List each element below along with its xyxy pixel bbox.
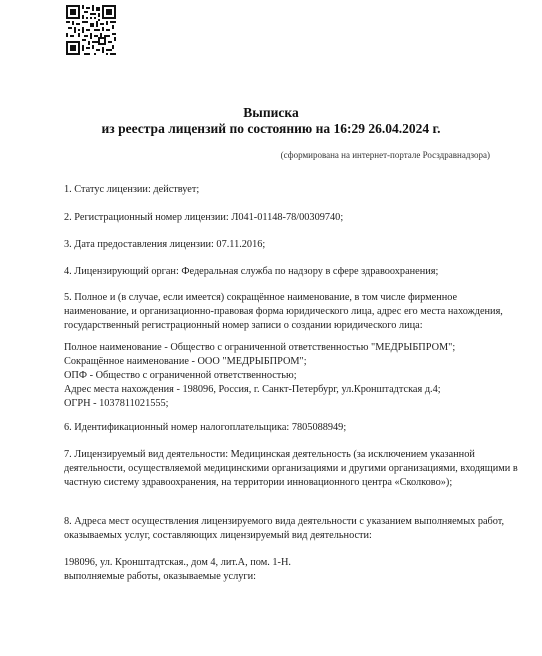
org-info-heading: 5. Полное и (в случае, если имеется) сок… [64,291,524,334]
org-full-name: Полное наименование - Общество с огранич… [64,341,524,355]
qr-code-icon [66,5,116,55]
licensing-authority: 4. Лицензирующий орган: Федеральная служ… [64,265,524,279]
document-title: Выписка [0,105,542,121]
org-address: Адрес места нахождения - 198096, Россия,… [64,383,524,397]
works-label: выполняемые работы, оказываемые услуги: [64,570,524,584]
place-address: 198096, ул. Кронштадтская., дом 4, лит.А… [64,556,524,570]
org-legal-form: ОПФ - Общество с ограниченной ответствен… [64,369,524,383]
taxpayer-id: 6. Идентификационный номер налогоплатель… [64,421,524,435]
activity-addresses-heading: 8. Адреса мест осуществления лицензируем… [64,515,524,543]
org-ogrn: ОГРН - 1037811021555; [64,397,524,411]
source-note: (сформирована на интернет-портале Росздр… [281,150,490,160]
license-number: 2. Регистрационный номер лицензии: Л041-… [64,211,524,225]
licensed-activity: 7. Лицензируемый вид деятельности: Медиц… [64,448,524,491]
org-short-name: Сокращённое наименование - ООО "МЕДРЫБПР… [64,355,524,369]
license-status: 1. Статус лицензии: действует; [64,183,524,197]
license-date: 3. Дата предоставления лицензии: 07.11.2… [64,238,524,252]
document-subtitle: из реестра лицензий по состоянию на 16:2… [0,121,542,137]
